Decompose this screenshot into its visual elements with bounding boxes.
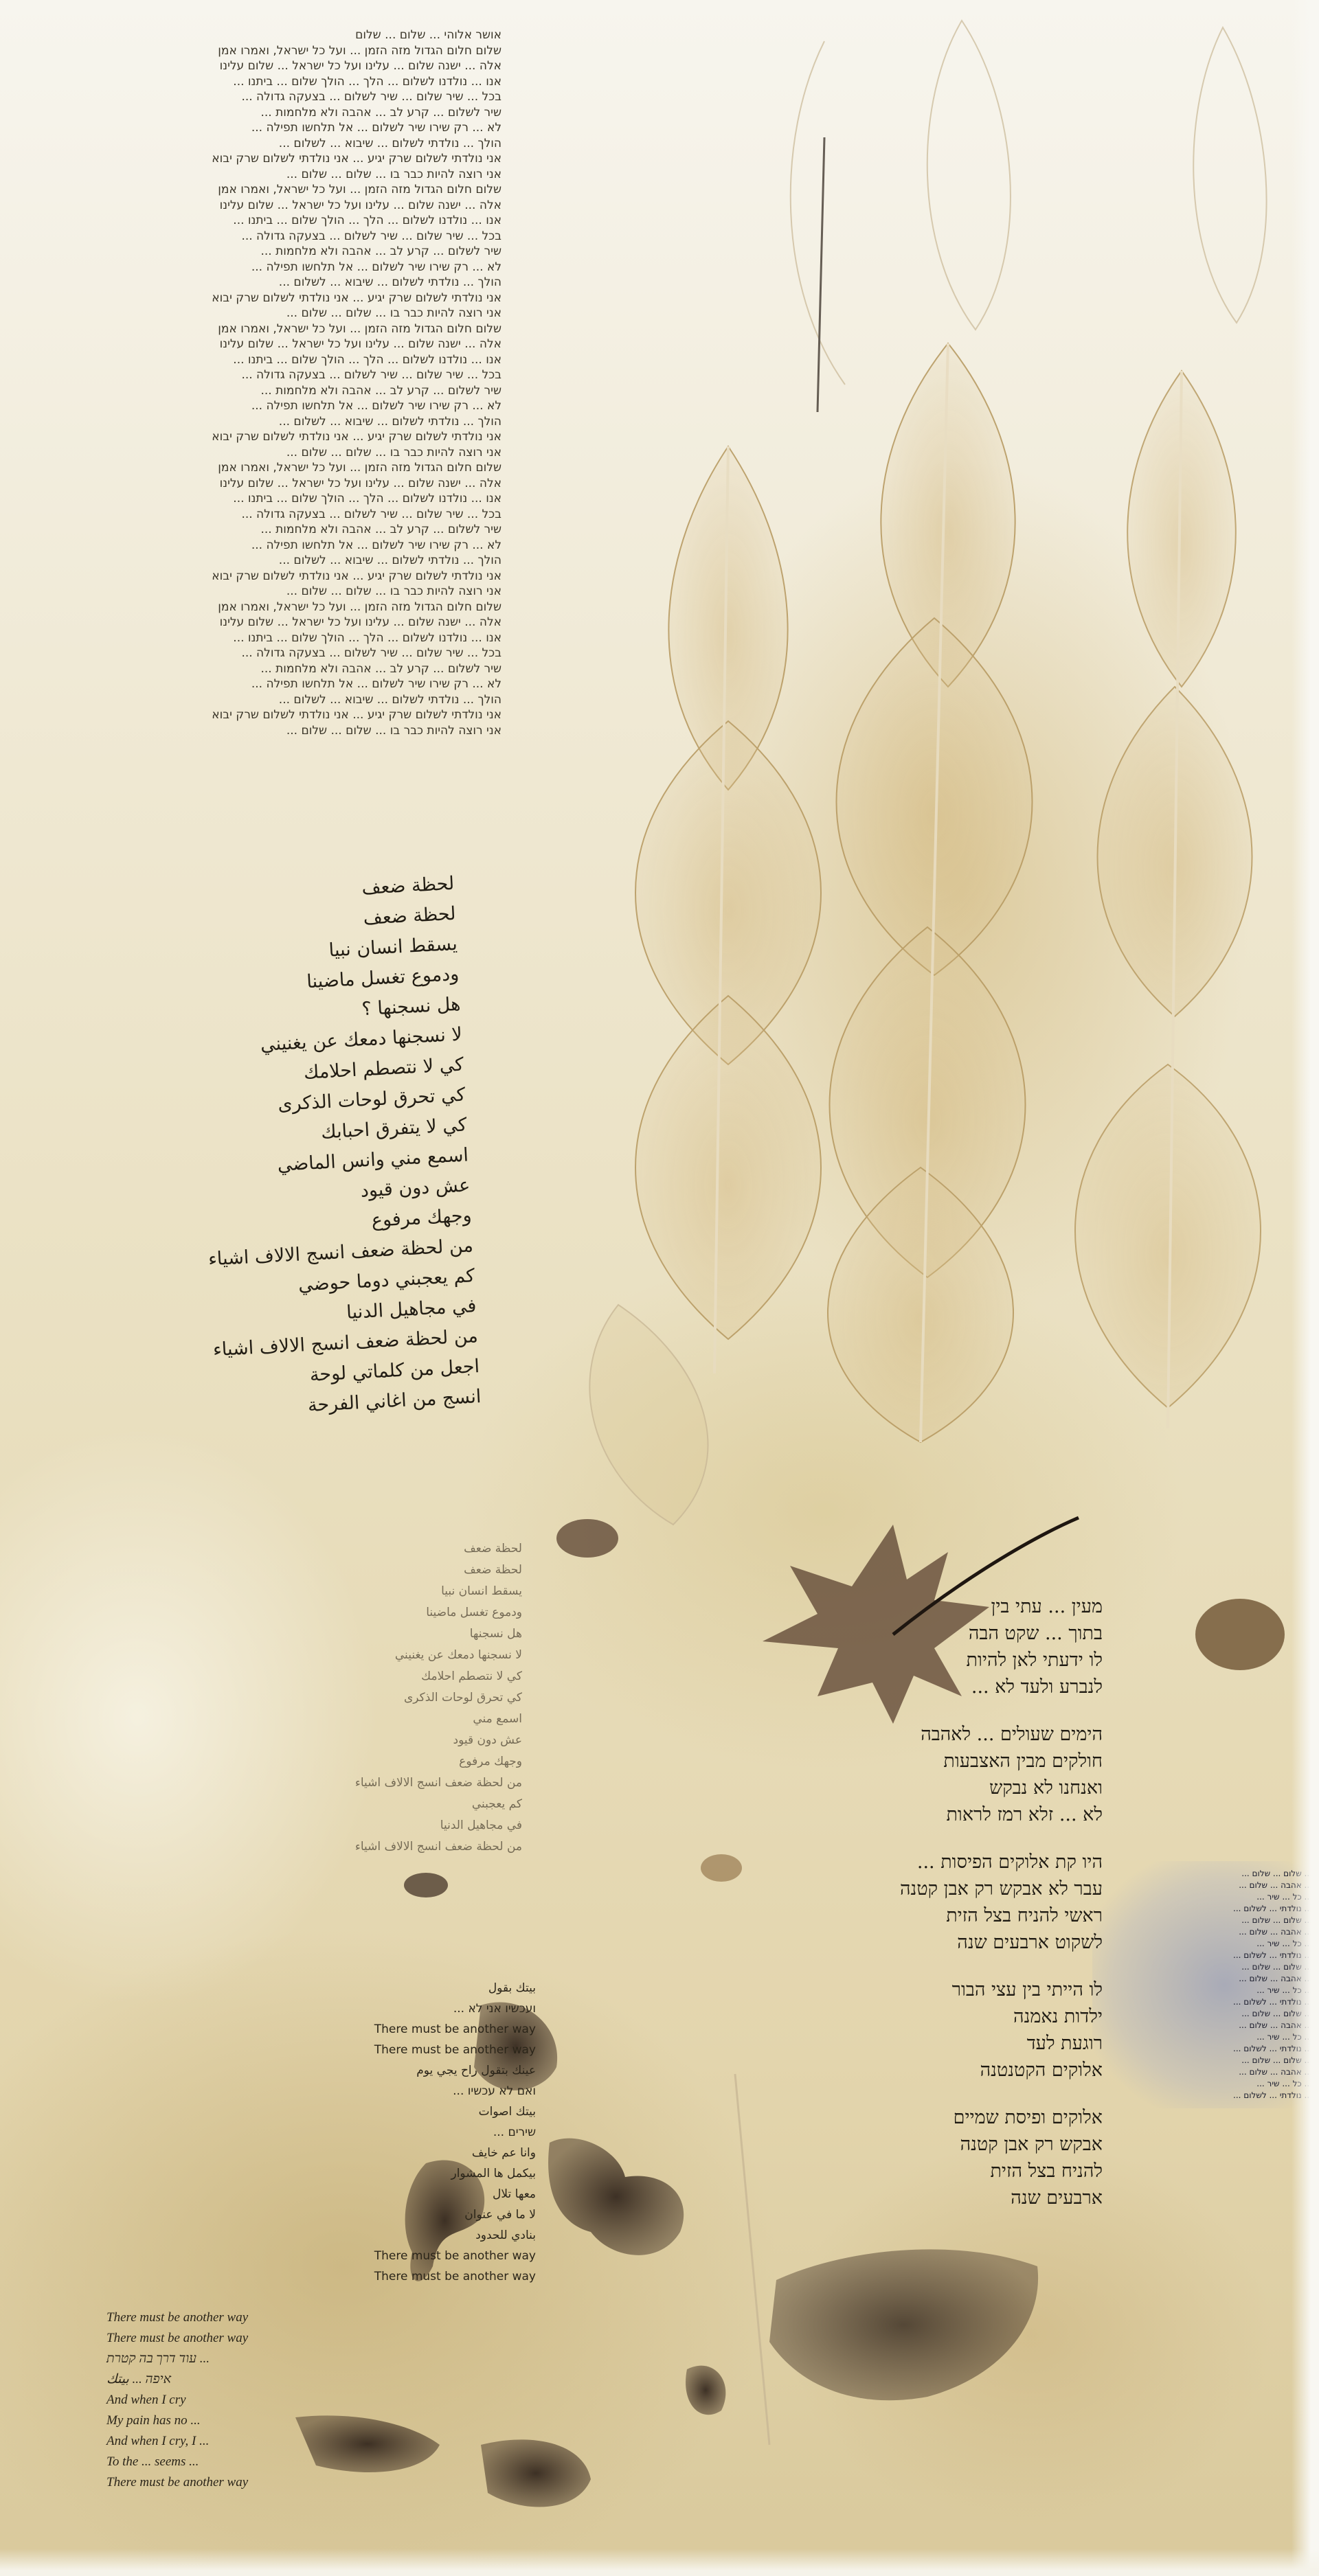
english-line: And when I cry, I ... [106, 2431, 368, 2452]
hebrew-line: אנו ... נולדנו לשלום ... הלך ... הולך של… [7, 213, 501, 229]
faded-line: لحظة ضعف [323, 1538, 522, 1560]
blue-line: ... אהבה ... שלום ... [1099, 1926, 1312, 1938]
blue-line: ... כל ... שיר ... [1099, 1891, 1312, 1903]
hebrew-line: הולך ... נולדתי לשלום ... שיבוא ... לשלו… [7, 692, 501, 708]
hebrew-line: לא ... רק שירו שיר לשלום ... אל תלחשו תפ… [7, 120, 501, 136]
faded-line: يسقط انسان نبيا [323, 1581, 522, 1602]
blue-line: ... נולדתי ... לשלום ... [1099, 1903, 1312, 1915]
blue-line: ... אהבה ... שלום ... [1099, 2066, 1312, 2078]
hebrew-line: הולך ... נולדתי לשלום ... שיבוא ... לשלו… [7, 414, 501, 430]
blue-line: ... שלום ... שלום ... [1099, 1915, 1312, 1926]
hebrew-line: אנו ... נולדנו לשלום ... הלך ... הולך של… [7, 352, 501, 368]
mixed-language-block: بيتك بقول ועכשיו אני לא ... There must b… [261, 1978, 536, 2287]
english-line: And when I cry [106, 2390, 368, 2410]
blue-line: ... אהבה ... שלום ... [1099, 1973, 1312, 1985]
hebrew-line: אלה ... ישנה שלום ... עלינו ועל כל ישראל… [7, 198, 501, 214]
hebrew-line: הולך ... נולדתי לשלום ... שיבוא ... לשלו… [7, 275, 501, 290]
hebrew-line: אני רוצה להיות כבר בו ... שלום ... שלום … [7, 306, 501, 321]
arabic-poem: لحظة ضعف لحظة ضعف يسقط انسان نبيا ودموع … [179, 869, 482, 1426]
faded-line: في مجاهيل الدنيا [323, 1815, 522, 1836]
hebrew-line: שלום חלום הגדול מזה הזמן ... ועל כל ישרא… [7, 182, 501, 198]
english-line: There must be another way [106, 2328, 368, 2349]
mixed-line: لا ما في عنوان [261, 2204, 536, 2225]
mixed-line: بيتك اصوات [261, 2101, 536, 2122]
hebrew-line: לא ... רק שירו שיר לשלום ... אל תלחשו תפ… [7, 676, 501, 692]
faded-line: من لحظة ضعف انسج الالاف اشياء [323, 1836, 522, 1858]
english-line: There must be another way [106, 2472, 368, 2493]
hebrew-line: אנו ... נולדנו לשלום ... הלך ... הולך של… [7, 630, 501, 646]
mixed-line: بنادي للحدود [261, 2225, 536, 2246]
faded-line: كي لا نتصطم احلامك [323, 1666, 522, 1687]
stanza-line: לו הייתי בין עצי הבור [855, 1976, 1103, 2003]
paper-right-edge [1292, 0, 1319, 2576]
hebrew-line: אני נולדתי לשלום שרק יגיע ... אני נולדתי… [7, 290, 501, 306]
hebrew-line: אנו ... נולדנו לשלום ... הלך ... הולך של… [7, 491, 501, 507]
faded-line: ودموع تغسل ماضينا [323, 1602, 522, 1623]
faded-line: لحظة ضعف [323, 1560, 522, 1581]
faded-line: لا نسجنها دمعك عن يغنيني [323, 1645, 522, 1666]
hebrew-line: אני נולדתי לשלום שרק יגיע ... אני נולדתי… [7, 151, 501, 167]
stanza-line: רוגעת לעד [855, 2030, 1103, 2057]
hebrew-line: בכל ... שיר שלום ... שיר לשלום ... בצעקה… [7, 89, 501, 105]
stanza-line: אלוקים ופיסת שמיים [855, 2104, 1103, 2131]
hebrew-line: אני נולדתי לשלום שרק יגיע ... אני נולדתי… [7, 429, 501, 445]
blue-line: ... שלום ... שלום ... [1099, 1868, 1312, 1880]
hebrew-line: אני רוצה להיות כבר בו ... שלום ... שלום … [7, 445, 501, 461]
skeleton-leaf-column-3 [1075, 371, 1261, 1428]
hebrew-line: שלום חלום הגדול מזה הזמן ... ועל כל ישרא… [7, 321, 501, 337]
stanza-line: אלוקים הקטנטנה [855, 2057, 1103, 2084]
leaf-spot [404, 1873, 448, 1897]
faded-line: هل نسجنها [323, 1623, 522, 1645]
mixed-line: ועכשיו אני לא ... [261, 1998, 536, 2019]
faded-line: اسمع مني [323, 1709, 522, 1730]
faded-line: وجهك مرفوع [323, 1751, 522, 1773]
hebrew-line: לא ... רק שירו שיר לשלום ... אל תלחשו תפ… [7, 398, 501, 414]
blue-line: ... שלום ... שלום ... [1099, 2055, 1312, 2066]
hebrew-line: בכל ... שיר שלום ... שיר לשלום ... בצעקה… [7, 367, 501, 383]
blue-line: ... כל ... שיר ... [1099, 2078, 1312, 2090]
hebrew-line: אלה ... ישנה שלום ... עלינו ועל כל ישראל… [7, 337, 501, 352]
faded-line: عش دون قيود [323, 1730, 522, 1751]
stanza-line: להניח בצל הזית [855, 2158, 1103, 2185]
hebrew-line: שלום חלום הגדול מזה הזמן ... ועל כל ישרא… [7, 460, 501, 476]
stanza-line: ואנחנו לא נבקש [855, 1775, 1103, 1801]
stanza-line: אבקש רק אבן קטנה [855, 2131, 1103, 2158]
mixed-line: بيكمل ها المشوار [261, 2163, 536, 2184]
hebrew-line: אנו ... נולדנו לשלום ... הלך ... הולך של… [7, 74, 501, 90]
hebrew-line: בכל ... שיר שלום ... שיר לשלום ... בצעקה… [7, 507, 501, 523]
blue-line: ... כל ... שיר ... [1099, 2031, 1312, 2043]
mixed-line: There must be another way [261, 2019, 536, 2040]
hebrew-line: הולך ... נולדתי לשלום ... שיבוא ... לשלו… [7, 553, 501, 569]
stanza-line: היו קת אלוקים הפיסות ... [855, 1849, 1103, 1876]
faint-leaf-outlines-top [791, 21, 1267, 412]
stanza-line: ארבעים שנה [855, 2185, 1103, 2211]
hebrew-line: שלום חלום הגדול מזה הזמן ... ועל כל ישרא… [7, 600, 501, 615]
blue-line: ... אהבה ... שלום ... [1099, 1880, 1312, 1891]
blue-line: ... כל ... שיר ... [1099, 1985, 1312, 1996]
hebrew-line: בכל ... שיר שלום ... שיר לשלום ... בצעקה… [7, 646, 501, 661]
stanza-line: הימים שעולים ... לאהבה [855, 1721, 1103, 1748]
mixed-line: There must be another way [261, 2040, 536, 2060]
stanza-line: מעין ... עתי בין [855, 1593, 1103, 1620]
hebrew-line: אני נולדתי לשלום שרק יגיע ... אני נולדתי… [7, 569, 501, 584]
stanza-line: ילדות נאמנה [855, 2003, 1103, 2030]
leaf-spot [701, 1854, 742, 1882]
stanza-line: לשקוט ארבעים שנה [855, 1929, 1103, 1956]
hebrew-line: בכל ... שיר שלום ... שיר לשלום ... בצעקה… [7, 229, 501, 244]
english-line: עוד דרך בה קטרת ... [106, 2349, 368, 2369]
mixed-line: وانا عم خايف [261, 2143, 536, 2163]
stanza-line: לא ... זלא רמז לראות [855, 1801, 1103, 1828]
english-line: To the ... seems ... [106, 2452, 368, 2472]
stanza-line: בתוך ... שקט הבה [855, 1620, 1103, 1647]
leaf-spot [556, 1519, 618, 1558]
english-line: My pain has no ... [106, 2410, 368, 2431]
english-handwritten-block: There must be another way There must be … [106, 2307, 368, 2493]
hebrew-line: שלום חלום הגדול מזה הזמן ... ועל כל ישרא… [7, 43, 501, 59]
blue-ink-text: ... שלום ... שלום ... ... אהבה ... שלום … [1099, 1868, 1312, 2108]
hebrew-line: אלה ... ישנה שלום ... עלינו ועל כל ישראל… [7, 476, 501, 492]
stanza-line: עבר לא אבקש רק אבן קטנה [855, 1876, 1103, 1902]
skeleton-leaf-column-1 [635, 446, 821, 1374]
hebrew-line: אלה ... ישנה שלום ... עלינו ועל כל ישראל… [7, 615, 501, 630]
hebrew-line: שיר לשלום ... קרע לב ... אהבה ולא מלחמות… [7, 244, 501, 260]
english-line: There must be another way [106, 2307, 368, 2328]
english-line: איפה ... بيتك [106, 2369, 368, 2390]
hebrew-line: שיר לשלום ... קרע לב ... אהבה ולא מלחמות… [7, 522, 501, 538]
blue-line: ... נולדתי ... לשלום ... [1099, 1950, 1312, 1961]
mixed-line: عينك بتقول راح يجي يوم [261, 2060, 536, 2081]
hebrew-line: אני נולדתי לשלום שרק יגיע ... אני נולדתי… [7, 707, 501, 723]
blue-line: ... שלום ... שלום ... [1099, 2008, 1312, 2020]
hebrew-line: אלה ... ישנה שלום ... עלינו ועל כל ישראל… [7, 58, 501, 74]
leaf-spot [1195, 1599, 1285, 1670]
blue-line: ... כל ... שיר ... [1099, 1938, 1312, 1950]
hebrew-handwritten-block: אושר אלוהי ... שלום ... שלום שלום חלום ה… [7, 27, 501, 776]
stanza-line: לו ידעתי לאן להיות [855, 1647, 1103, 1674]
stanza-line: חולקים מבין האצבעות [855, 1748, 1103, 1775]
hebrew-heading: אושר אלוהי ... שלום ... שלום [7, 27, 501, 43]
mixed-line: ואם לא עכשיו ... [261, 2081, 536, 2101]
hebrew-line: לא ... רק שירו שיר לשלום ... אל תלחשו תפ… [7, 538, 501, 554]
hebrew-line: שיר לשלום ... קרע לב ... אהבה ולא מלחמות… [7, 105, 501, 121]
hebrew-line: הולך ... נולדתי לשלום ... שיבוא ... לשלו… [7, 136, 501, 152]
mixed-line: معها تلال [261, 2184, 536, 2204]
blue-line: ... נולדתי ... לשלום ... [1099, 2090, 1312, 2101]
faint-leaf-lower [589, 1305, 769, 2445]
hebrew-printed-poem: מעין ... עתי בין בתוך ... שקט הבה לו ידע… [855, 1593, 1103, 2211]
stanza-line: ראשי להניח בצל הזית [855, 1902, 1103, 1929]
hebrew-line: שיר לשלום ... קרע לב ... אהבה ולא מלחמות… [7, 383, 501, 399]
mixed-line: بيتك بقول [261, 1978, 536, 1998]
faded-line: من لحظة ضعف انسج الالاف اشياء [323, 1773, 522, 1794]
hebrew-line: אני רוצה להיות כבר בו ... שלום ... שלום … [7, 167, 501, 183]
faded-line: كم يعجبني [323, 1794, 522, 1815]
mixed-line: There must be another way [261, 2266, 536, 2287]
blue-line: ... נולדתי ... לשלום ... [1099, 1996, 1312, 2008]
hebrew-line: שיר לשלום ... קרע לב ... אהבה ולא מלחמות… [7, 661, 501, 677]
blue-line: ... אהבה ... שלום ... [1099, 2020, 1312, 2031]
faded-line: كي تحرق لوحات الذكرى [323, 1687, 522, 1709]
paper-bottom-edge [0, 2549, 1319, 2576]
skeleton-leaf-column-2 [828, 343, 1033, 1442]
arabic-faded-block: لحظة ضعف لحظة ضعف يسقط انسان نبيا ودموع … [323, 1538, 522, 1858]
stanza-line: לנברע ולעד לא ... [855, 1674, 1103, 1700]
mixed-line: שירים ... [261, 2122, 536, 2143]
hebrew-line: אני רוצה להיות כבר בו ... שלום ... שלום … [7, 723, 501, 739]
blue-line: ... שלום ... שלום ... [1099, 1961, 1312, 1973]
hebrew-line: לא ... רק שירו שיר לשלום ... אל תלחשו תפ… [7, 260, 501, 275]
blue-line: ... נולדתי ... לשלום ... [1099, 2043, 1312, 2055]
hebrew-line: אני רוצה להיות כבר בו ... שלום ... שלום … [7, 584, 501, 600]
mixed-line: There must be another way [261, 2246, 536, 2266]
